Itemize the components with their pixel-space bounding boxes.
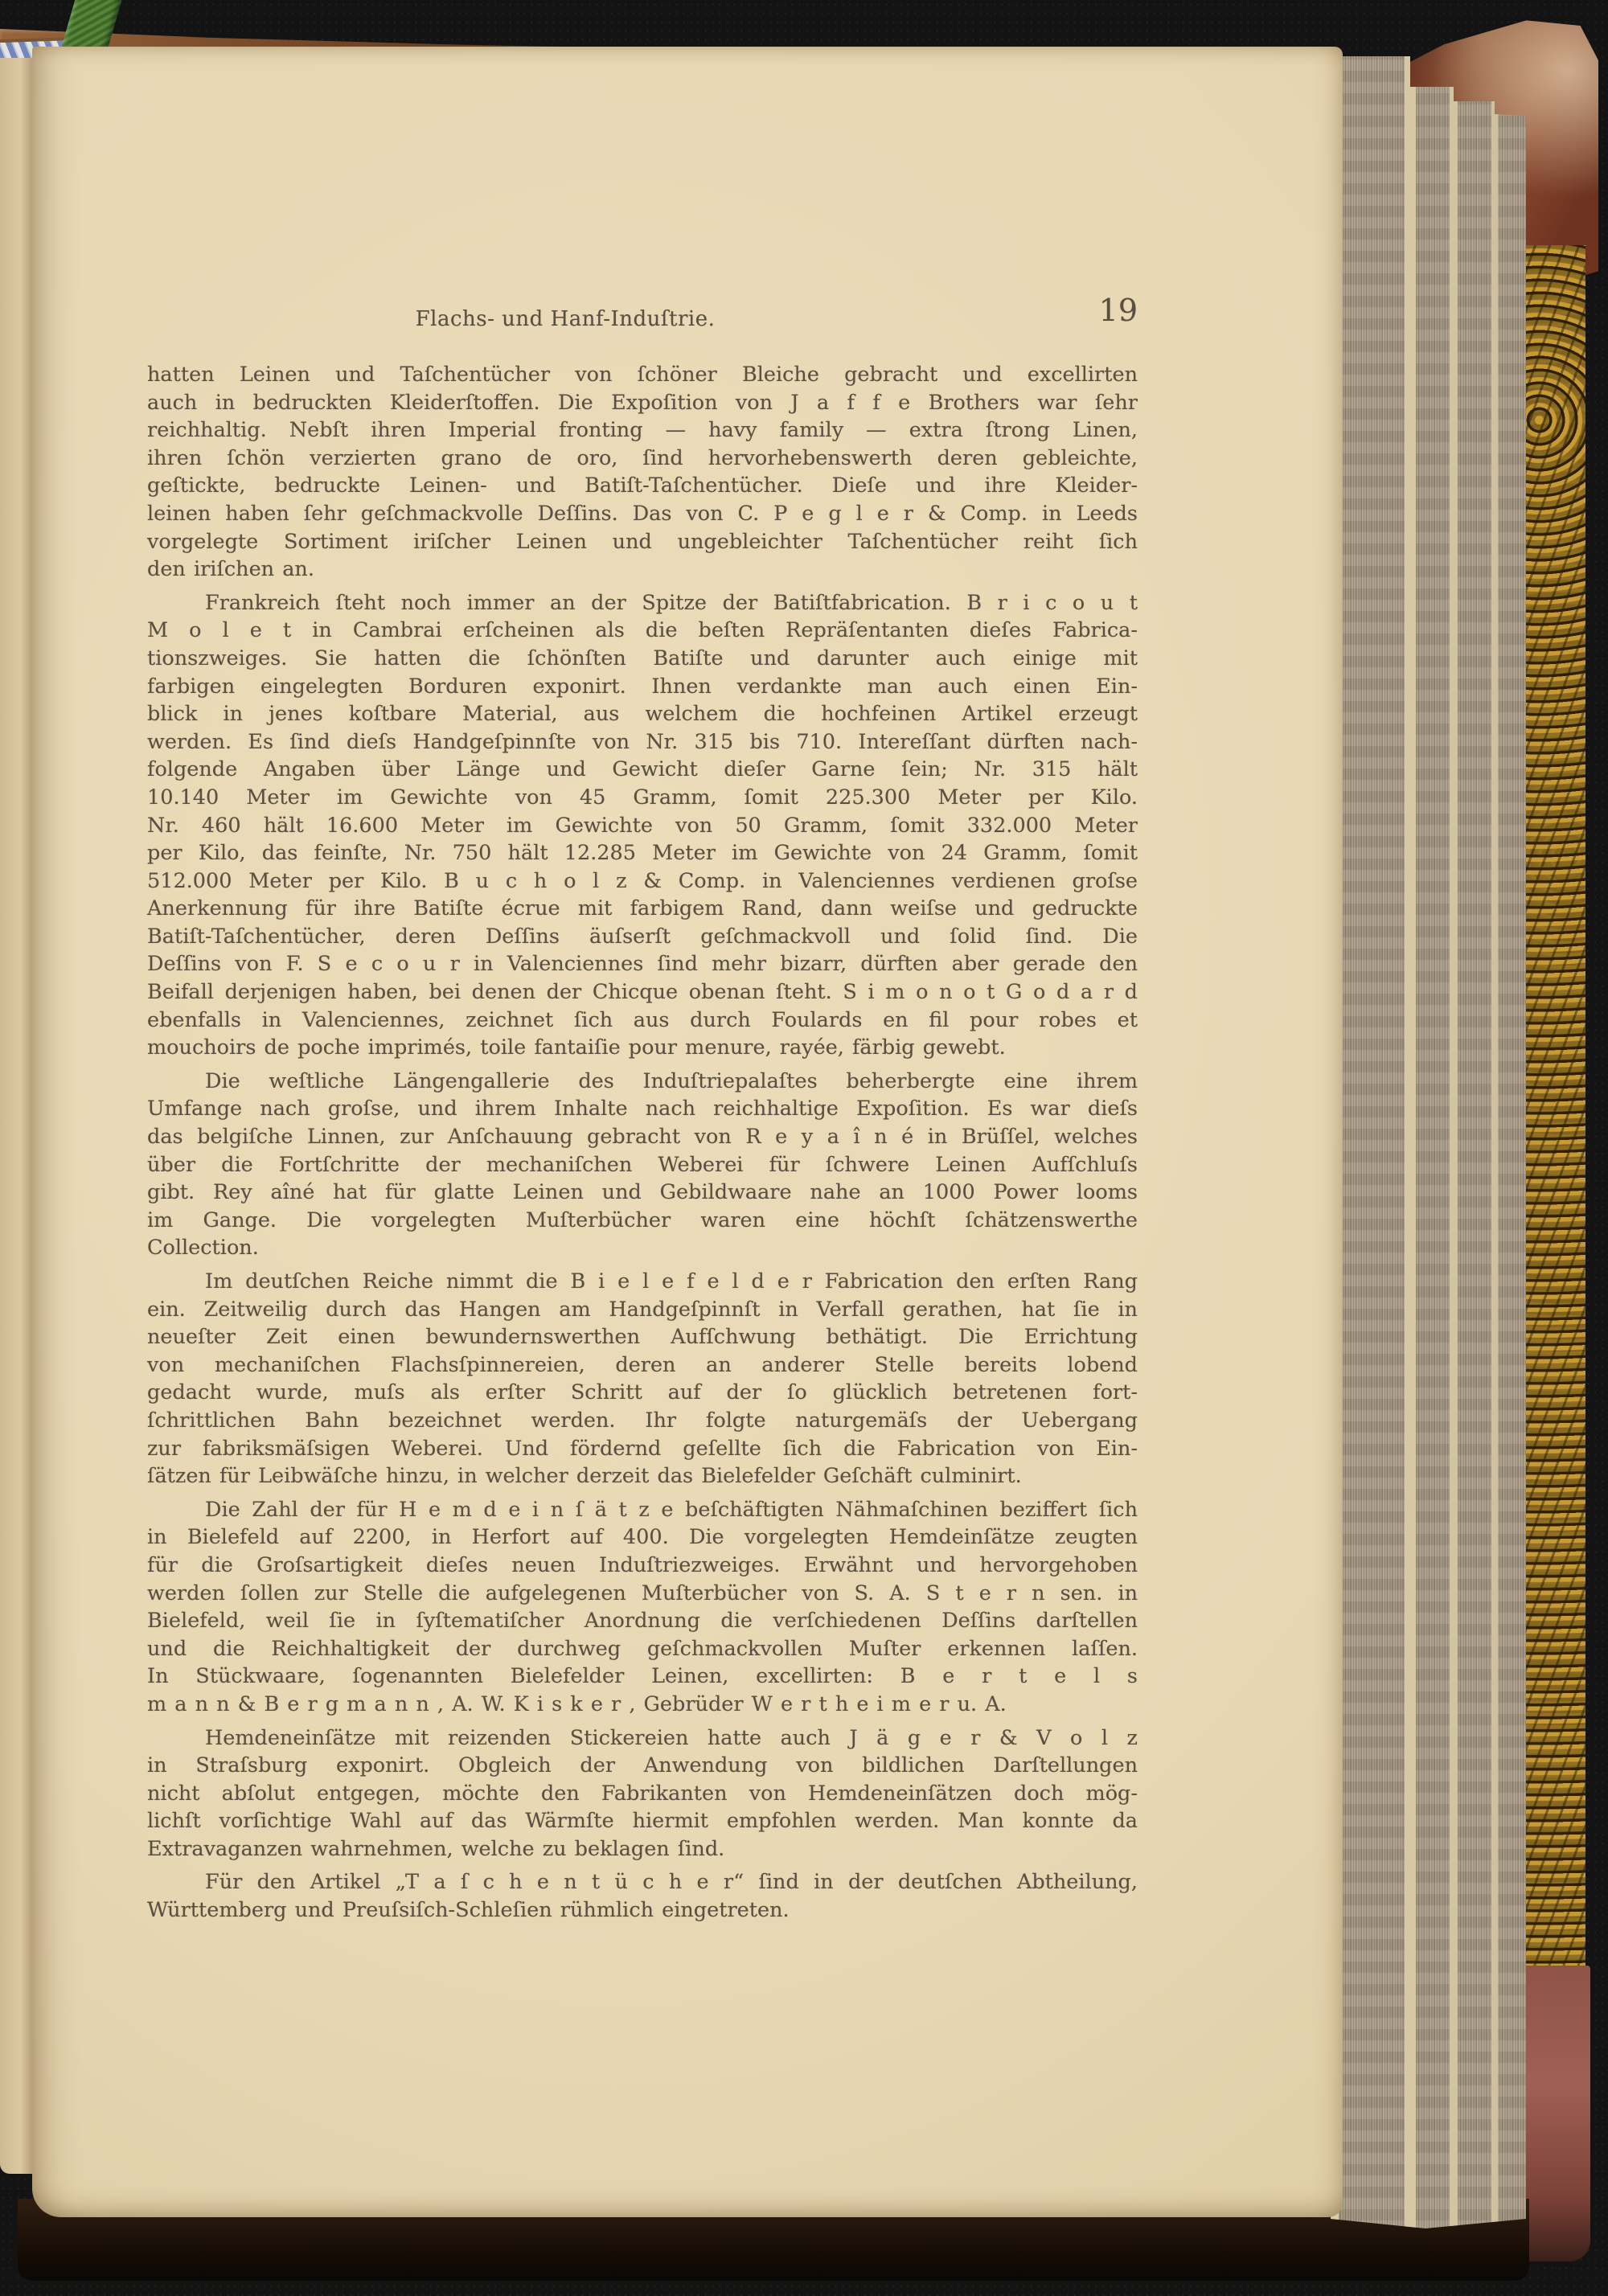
previous-page-edge [0,58,36,2174]
marbled-board-edge [1520,245,1585,1994]
text-line: Collection. [147,1234,1138,1262]
text-line: das belgiſche Linnen, zur Anſchauung geb… [147,1123,1138,1151]
text-line: gedacht wurde, muſs als erſter Schritt a… [147,1379,1138,1407]
text-line: vorgelegte Sortiment iriſcher Leinen und… [147,528,1138,556]
text-line: Deſſins von F. S e c o u r in Valencienn… [147,950,1138,978]
text-line: und die Reichhaltigkeit der durchweg geſ… [147,1635,1138,1663]
text-line: folgende Angaben über Länge und Gewicht … [147,756,1138,784]
text-line: m a n n & B e r g m a n n , A. W. K i s … [147,1691,1138,1719]
text-line: tionszweiges. Sie hatten die ſchönſten B… [147,645,1138,673]
text-line: mouchoirs de poche imprimés, toile fanta… [147,1034,1138,1062]
paragraph: Für den Artikel „T a ſ c h e n t ü c h e… [147,1868,1138,1924]
text-line: Bielefeld, weil ſie in ſyſtematiſcher An… [147,1607,1138,1635]
text-line: geſtickte, bedruckte Leinen- und Batiſt-… [147,472,1138,500]
text-line: 512.000 Meter per Kilo. B u c h o l z & … [147,867,1138,896]
text-line: auch in bedruckten Kleiderſtoffen. Die E… [147,389,1138,417]
text-line: in Straſsburg exponirt. Obgleich der Anw… [147,1752,1138,1780]
text-line: reichhaltig. Nebſt ihren Imperial fronti… [147,416,1138,445]
text-line: ſätzen für Leibwäſche hinzu, in welcher … [147,1462,1138,1490]
paragraph: Hemdeneinſätze mit reizenden Stickereien… [147,1724,1138,1863]
text-line: im Gange. Die vorgelegten Muſterbücher w… [147,1207,1138,1235]
text-line: neueſter Zeit einen bewundernswerthen Au… [147,1323,1138,1351]
page-number: 19 [147,293,1138,328]
text-line: Die weſtliche Längengallerie des Induſtr… [147,1068,1138,1096]
text-line: Beifall derjenigen haben, bei denen der … [147,978,1138,1007]
text-line: Anerkennung für ihre Batiſte écrue mit f… [147,895,1138,923]
text-line: Württemberg und Preuſsiſch-Schleſien rüh… [147,1896,1138,1925]
paragraph: Die weſtliche Längengallerie des Induſtr… [147,1068,1138,1262]
text-line: nicht abſolut entgegen, möchte den Fabri… [147,1780,1138,1808]
text-line: lichſt vorſichtige Wahl auf das Wärmſte … [147,1807,1138,1835]
paragraph: Im deutſchen Reiche nimmt die B i e l e … [147,1268,1138,1490]
text-line: Batiſt-Taſchentücher, deren Deſſins äuſs… [147,923,1138,951]
text-line: ein. Zeitweilig durch das Hangen am Hand… [147,1296,1138,1324]
text-line: für die Groſsartigkeit dieſes neuen Indu… [147,1552,1138,1580]
text-line: Die Zahl der für H e m d e i n ſ ä t z e… [147,1496,1138,1524]
text-line: farbigen eingelegten Borduren exponirt. … [147,673,1138,701]
book-scan-scene: Flachs- und Hanf-Induſtrie. 19 hatten Le… [0,0,1608,2296]
text-line: ſchrittlichen Bahn bezeichnet werden. Ih… [147,1407,1138,1435]
text-line: leinen haben ſehr geſchmackvolle Deſſins… [147,500,1138,528]
text-line: In Stückwaare, ſogenannten Bielefelder L… [147,1663,1138,1691]
text-block: hatten Leinen und Taſchentücher von ſchö… [147,361,1138,1925]
text-line: werden ſollen zur Stelle die aufgelegene… [147,1580,1138,1608]
paragraph: hatten Leinen und Taſchentücher von ſchö… [147,361,1138,584]
paragraph: Frankreich ſteht noch immer an der Spitz… [147,589,1138,1062]
text-line: ebenfalls in Valenciennes, zeichnet ſich… [147,1007,1138,1035]
text-line: werden. Es ſind dieſs Handgeſpinnſte von… [147,728,1138,756]
text-line: ihren ſchön verzierten grano de oro, ſin… [147,445,1138,473]
text-line: Frankreich ſteht noch immer an der Spitz… [147,589,1138,617]
text-line: blick in jenes koſtbare Material, aus we… [147,700,1138,728]
paragraph: Die Zahl der für H e m d e i n ſ ä t z e… [147,1496,1138,1719]
text-line: von mechaniſchen Flachsſpinnereien, dere… [147,1351,1138,1380]
text-line: Im deutſchen Reiche nimmt die B i e l e … [147,1268,1138,1296]
text-line: Nr. 460 hält 16.600 Meter im Gewichte vo… [147,812,1138,840]
text-line: per Kilo, das feinſte, Nr. 750 hält 12.2… [147,839,1138,867]
text-line: zur fabriksmäſsigen Weberei. Und fördern… [147,1435,1138,1463]
text-line: Hemdeneinſätze mit reizenden Stickereien… [147,1724,1138,1753]
book-page: Flachs- und Hanf-Induſtrie. 19 hatten Le… [32,47,1343,2217]
text-line: gibt. Rey aîné hat für glatte Leinen und… [147,1179,1138,1207]
text-line: Für den Artikel „T a ſ c h e n t ü c h e… [147,1868,1138,1896]
text-line: hatten Leinen und Taſchentücher von ſchö… [147,361,1138,389]
text-line: 10.140 Meter im Gewichte von 45 Gramm, ſ… [147,784,1138,812]
text-line: in Bielefeld auf 2200, in Herfort auf 40… [147,1523,1138,1552]
text-line: den iriſchen an. [147,556,1138,584]
text-line: über die Fortſchritte der mechaniſchen W… [147,1151,1138,1179]
text-line: Extravaganzen wahrnehmen, welche zu bekl… [147,1835,1138,1863]
text-line: M o l e t in Cambrai erſcheinen als die … [147,617,1138,645]
page-stack-fore-edge [1331,48,1526,2232]
text-line: Umfange nach groſse, und ihrem Inhalte n… [147,1095,1138,1123]
